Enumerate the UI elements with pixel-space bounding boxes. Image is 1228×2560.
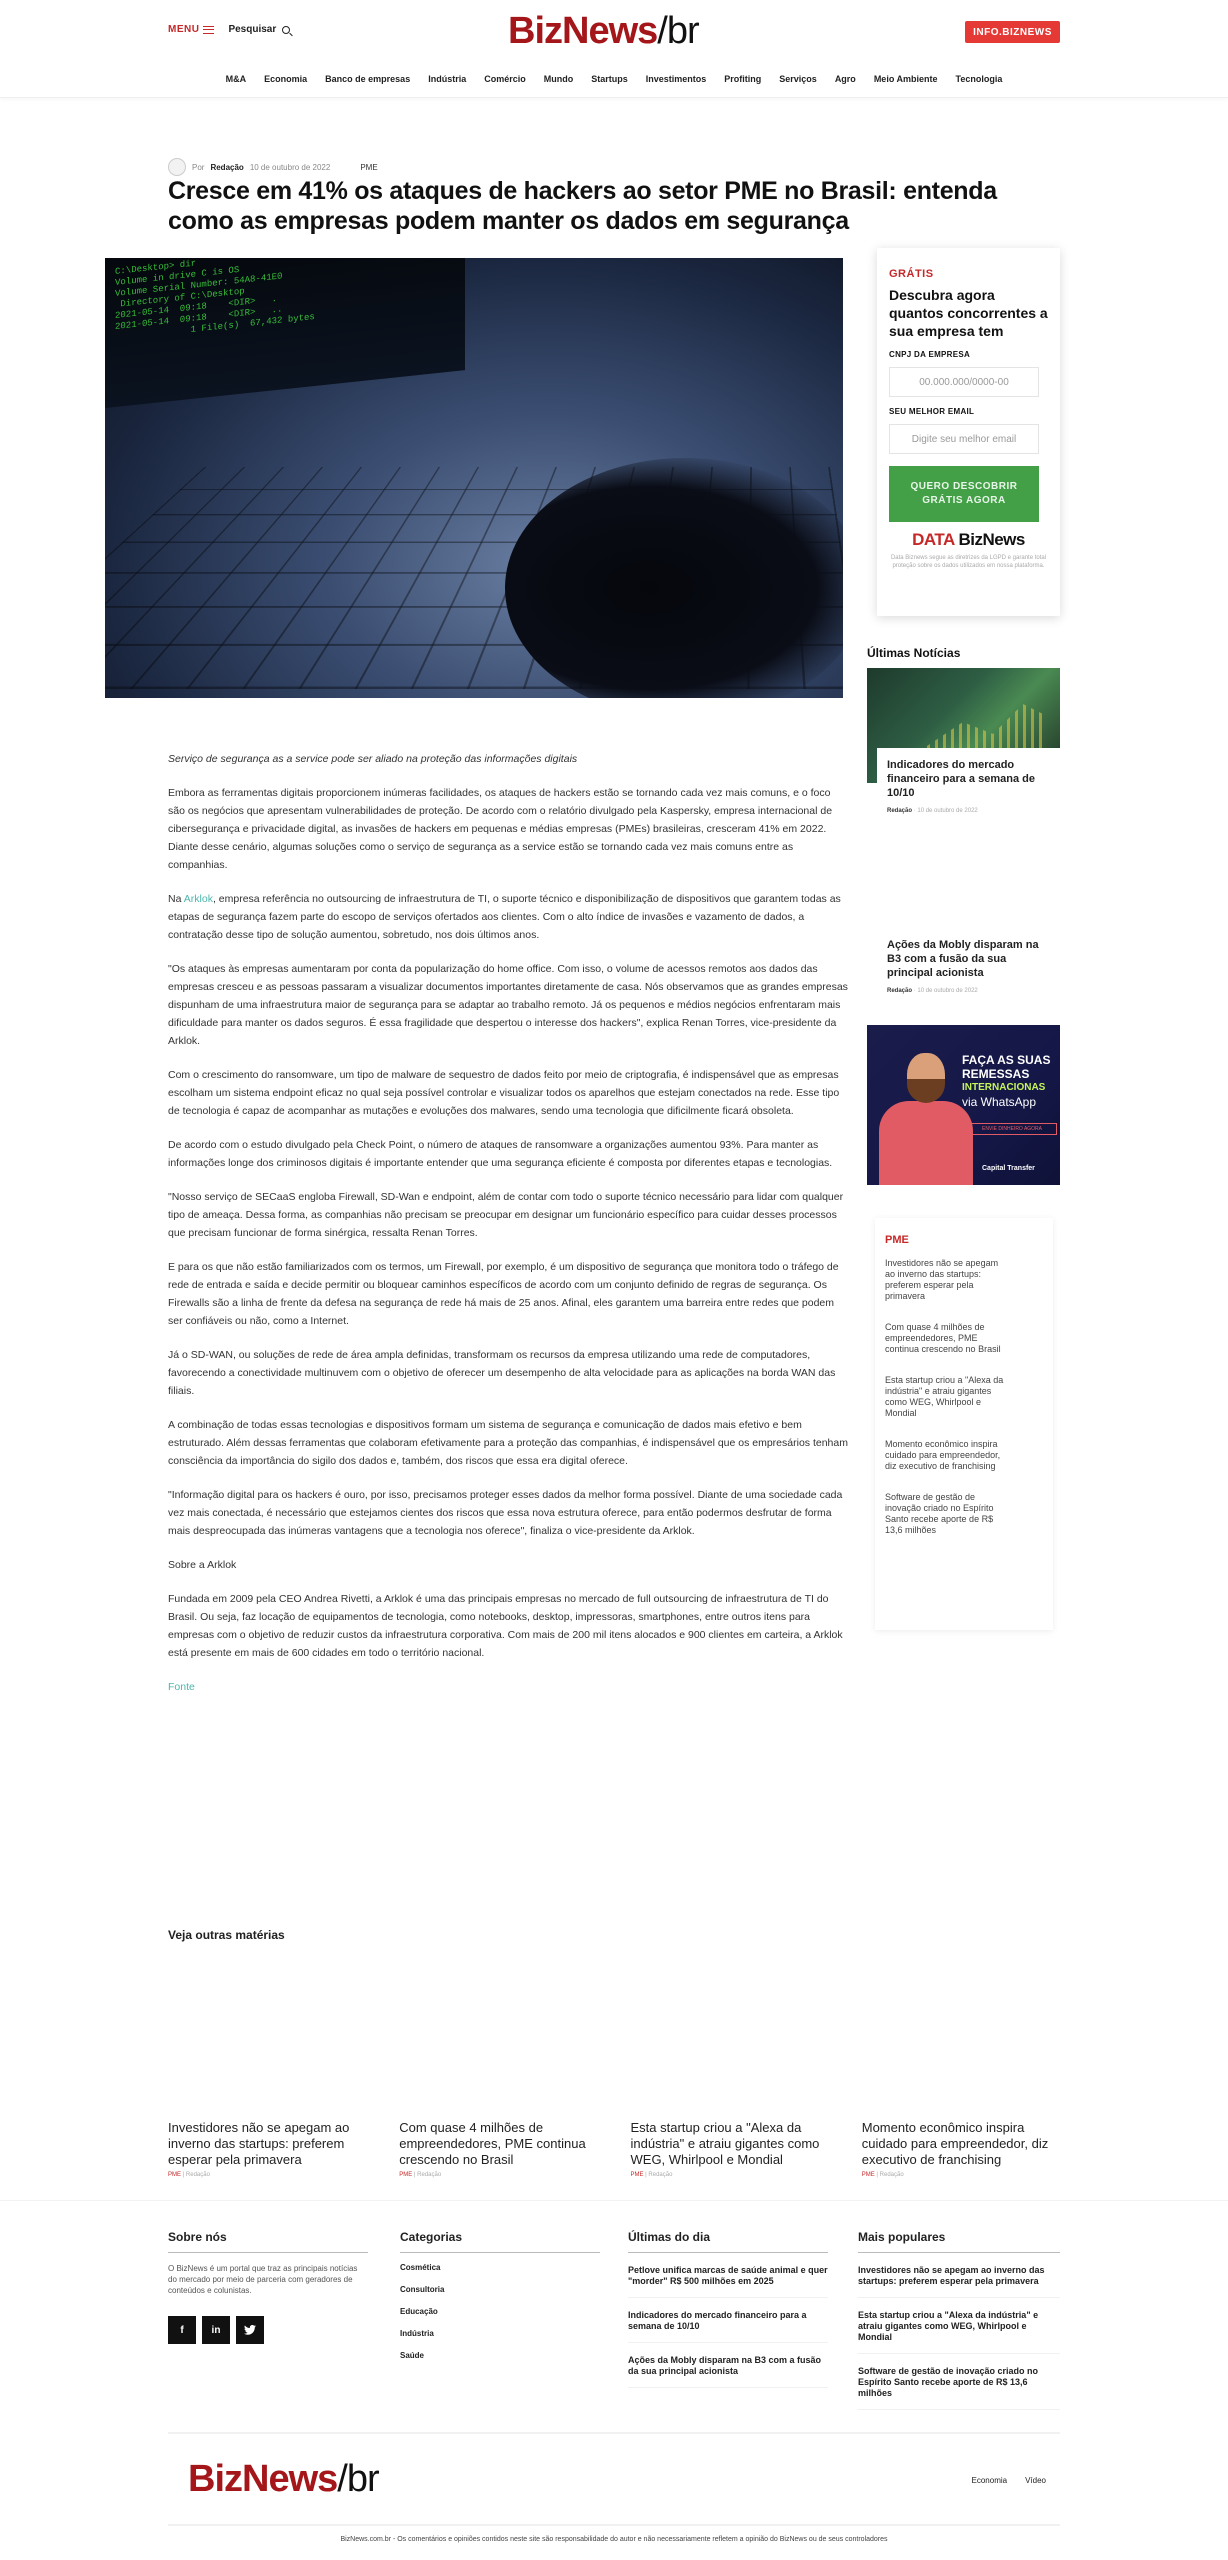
latest-news-date: 10 de outubro de 2022 (917, 988, 977, 994)
related-title[interactable]: Esta startup criou a "Alexa da indústria… (631, 2120, 832, 2168)
paragraph: "Informação digital para os hackers é ou… (168, 1486, 848, 1540)
related-category[interactable]: PME (168, 2172, 181, 2178)
submit-button[interactable]: QUERO DESCOBRIR GRÁTIS AGORA (889, 466, 1039, 522)
cnpj-label: CNPJ DA EMPRESA (889, 350, 1048, 359)
paragraph: "Nosso serviço de SECaaS engloba Firewal… (168, 1188, 848, 1242)
nav-item-mundo[interactable]: Mundo (535, 74, 583, 84)
ad-line4: via WhatsApp (962, 1095, 1050, 1109)
arklok-link[interactable]: Arklok (184, 893, 213, 905)
paragraph: Na Arklok, empresa referência no outsour… (168, 890, 848, 944)
about-text: O BizNews é um portal que traz as princi… (168, 2263, 368, 2296)
nav-item-profiting[interactable]: Profiting (715, 74, 770, 84)
by-label: Por (192, 163, 204, 172)
popular-link[interactable]: Investidores não se apegam ao inverno da… (858, 2265, 1060, 2298)
site-logo[interactable]: BizNews/br (508, 10, 699, 53)
nav-item-economia[interactable]: Economia (255, 74, 316, 84)
free-tag: GRÁTIS (889, 268, 1048, 280)
lead-form-card: GRÁTIS Descubra agora quantos concorrent… (877, 248, 1060, 616)
related-category[interactable]: PME (862, 2172, 875, 2178)
author-link[interactable]: Redação (210, 163, 243, 172)
menu-label: MENU (168, 24, 199, 35)
pme-item[interactable]: Esta startup criou a "Alexa da indústria… (885, 1375, 1005, 1419)
footer-heading: Categorias (400, 2230, 600, 2253)
logo-data: DATA (912, 530, 954, 549)
article-meta: Por Redação 10 de outubro de 2022 PME (168, 158, 378, 176)
category-link[interactable]: Educação (400, 2307, 600, 2316)
footer-bottom: BizNews/br Economia Vídeo (168, 2432, 1060, 2526)
logo-biz: BizNews (508, 10, 657, 52)
facebook-icon[interactable]: f (168, 2316, 196, 2344)
form-title: Descubra agora quantos concorrentes a su… (889, 286, 1048, 340)
ad-line1: FAÇA AS SUAS (962, 1053, 1050, 1067)
copyright-text: BizNews.com.br - Os comentários e opiniõ… (0, 2536, 1228, 2543)
email-input[interactable]: Digite seu melhor email (889, 424, 1039, 454)
hero-image-hacker-laptop: C:\Desktop> dir Volume in drive C is OS … (105, 258, 843, 698)
daily-link[interactable]: Ações da Mobly disparam na B3 com a fusã… (628, 2355, 828, 2388)
pme-item[interactable]: Com quase 4 milhões de empreendedores, P… (885, 1322, 1005, 1355)
related-author: Redação (648, 2172, 672, 2178)
terminal-code: C:\Desktop> dir Volume in drive C is OS … (115, 258, 315, 344)
related-item[interactable]: Investidores não se apegam ao inverno da… (168, 2120, 369, 2178)
daily-link[interactable]: Indicadores do mercado financeiro para a… (628, 2310, 828, 2343)
laptop-screen: C:\Desktop> dir Volume in drive C is OS … (105, 258, 465, 408)
pme-item[interactable]: Software de gestão de inovação criado no… (885, 1492, 1005, 1536)
lgpd-note: Data Biznews segue as diretrizes da LGPD… (889, 554, 1048, 570)
paragraph-text: , empresa referência no outsourcing de i… (168, 893, 841, 941)
site-header: MENU Pesquisar BizNews/br INFO.BIZNEWS M… (0, 0, 1228, 98)
ad-person-illustration (879, 1053, 969, 1185)
footer-about: Sobre nós O BizNews é um portal que traz… (168, 2230, 368, 2344)
article-date: 10 de outubro de 2022 (250, 163, 331, 172)
source-link[interactable]: Fonte (168, 1681, 195, 1693)
footer-heading: Sobre nós (168, 2230, 368, 2253)
capital-transfer-ad[interactable]: FAÇA AS SUAS REMESSAS INTERNACIONAS via … (867, 1025, 1060, 1185)
category-link[interactable]: Indústria (400, 2329, 600, 2338)
email-label: SEU MELHOR EMAIL (889, 407, 1048, 416)
paragraph: Fundada em 2009 pela CEO Andrea Rivetti,… (168, 1590, 848, 1662)
image-caption: Serviço de segurança as a service pode s… (168, 750, 848, 768)
latest-news-item[interactable]: Ações da Mobly disparam na B3 com a fusã… (877, 928, 1060, 994)
nav-item-investimentos[interactable]: Investimentos (637, 74, 716, 84)
social-links: f in (168, 2316, 368, 2344)
nav-item-servicos[interactable]: Serviços (770, 74, 826, 84)
latest-news-heading: Últimas Notícias (867, 646, 960, 660)
footer-heading: Mais populares (858, 2230, 1060, 2253)
pme-item[interactable]: Investidores não se apegam ao inverno da… (885, 1258, 1005, 1302)
ad-brand: Capital Transfer (982, 1165, 1035, 1172)
search-button[interactable]: Pesquisar (228, 24, 290, 35)
footer-daily: Últimas do dia Petlove unifica marcas de… (628, 2230, 828, 2388)
footer-logo[interactable]: BizNews/br (188, 2458, 379, 2501)
category-link[interactable]: Saúde (400, 2351, 600, 2360)
related-item[interactable]: Com quase 4 milhões de empreendedores, P… (399, 2120, 600, 2178)
footer-link-video[interactable]: Vídeo (1025, 2476, 1046, 2485)
paragraph: Com o crescimento do ransomware, um tipo… (168, 1066, 848, 1120)
latest-news-author: Redação (887, 988, 912, 994)
popular-link[interactable]: Esta startup criou a "Alexa da indústria… (858, 2310, 1060, 2354)
search-icon (282, 26, 290, 34)
related-category[interactable]: PME (399, 2172, 412, 2178)
related-meta: PME | Redação (862, 2172, 1063, 2178)
paragraph: A combinação de todas essas tecnologias … (168, 1416, 848, 1470)
footer-links: Economia Vídeo (972, 2476, 1046, 2485)
related-title[interactable]: Momento econômico inspira cuidado para e… (862, 2120, 1063, 2168)
header-left: MENU Pesquisar (168, 24, 290, 35)
daily-link[interactable]: Petlove unifica marcas de saúde animal e… (628, 2265, 828, 2298)
paragraph: "Os ataques às empresas aumentaram por c… (168, 960, 848, 1050)
author-avatar (168, 158, 186, 176)
related-meta: PME | Redação (399, 2172, 600, 2178)
ad-line2: REMESSAS (962, 1067, 1050, 1081)
ad-line3: INTERNACIONAS (962, 1081, 1050, 1095)
nav-item-banco-de-empresas[interactable]: Banco de empresas (316, 74, 419, 84)
pme-heading: PME (885, 1234, 1043, 1246)
ad-text: FAÇA AS SUAS REMESSAS INTERNACIONAS via … (962, 1053, 1050, 1109)
paragraph: Embora as ferramentas digitais proporcio… (168, 784, 848, 874)
latest-news-meta: Redação · 10 de outubro de 2022 (887, 988, 1050, 994)
logo-biznews: BizNews (958, 530, 1024, 549)
latest-news-meta: Redação · 10 de outubro de 2022 (887, 808, 1050, 814)
nav-item-tecnologia[interactable]: Tecnologia (947, 74, 1012, 84)
latest-news-title[interactable]: Indicadores do mercado financeiro para a… (887, 758, 1050, 800)
nav-item-startups[interactable]: Startups (582, 74, 637, 84)
related-author: Redação (880, 2172, 904, 2178)
related-item[interactable]: Momento econômico inspira cuidado para e… (862, 2120, 1063, 2178)
pme-item[interactable]: Momento econômico inspira cuidado para e… (885, 1439, 1005, 1472)
nav-item-industria[interactable]: Indústria (419, 74, 475, 84)
paragraph-text: Na (168, 893, 184, 905)
article-body: Serviço de segurança as a service pode s… (168, 750, 848, 1712)
hamburger-icon (203, 26, 214, 34)
search-label: Pesquisar (228, 24, 276, 35)
latest-news-author: Redação (887, 808, 912, 814)
related-category[interactable]: PME (631, 2172, 644, 2178)
paragraph-subheading: Sobre a Arklok (168, 1556, 848, 1574)
category-link[interactable]: PME (360, 163, 377, 172)
ad-shirt (879, 1101, 973, 1185)
menu-button[interactable]: MENU (168, 24, 214, 35)
category-link[interactable]: Cosmética (400, 2263, 600, 2272)
ad-cta[interactable]: ENVIE DINHEIRO AGORA (967, 1123, 1057, 1135)
paragraph: De acordo com o estudo divulgado pela Ch… (168, 1136, 848, 1172)
pme-widget: PME Investidores não se apegam ao invern… (875, 1218, 1053, 1630)
category-link[interactable]: Consultoria (400, 2285, 600, 2294)
related-title[interactable]: Com quase 4 milhões de empreendedores, P… (399, 2120, 600, 2168)
paragraph: E para os que não estão familiarizados c… (168, 1258, 848, 1330)
logo-br: /br (337, 2458, 378, 2500)
nav-item-agro[interactable]: Agro (826, 74, 865, 84)
related-title[interactable]: Investidores não se apegam ao inverno da… (168, 2120, 369, 2168)
nav-item-ma[interactable]: M&A (217, 74, 256, 84)
ad-beard (907, 1079, 945, 1103)
latest-news-title[interactable]: Ações da Mobly disparam na B3 com a fusã… (887, 938, 1050, 980)
latest-news-item[interactable]: Indicadores do mercado financeiro para a… (877, 748, 1060, 814)
footer-link-economia[interactable]: Economia (972, 2476, 1008, 2485)
related-author: Redação (186, 2172, 210, 2178)
related-item[interactable]: Esta startup criou a "Alexa da indústria… (631, 2120, 832, 2178)
logo-br: /br (657, 10, 698, 52)
main-nav: M&A Economia Banco de empresas Indústria… (0, 74, 1228, 84)
related-meta: PME | Redação (631, 2172, 832, 2178)
logo-biz: BizNews (188, 2458, 337, 2500)
related-author: Redação (417, 2172, 441, 2178)
cnpj-input[interactable]: 00.000.000/0000-00 (889, 367, 1039, 397)
popular-link[interactable]: Software de gestão de inovação criado no… (858, 2366, 1060, 2410)
nav-item-meio-ambiente[interactable]: Meio Ambiente (865, 74, 947, 84)
footer-categories: Categorias Cosmética Consultoria Educaçã… (400, 2230, 600, 2360)
footer-popular: Mais populares Investidores não se apega… (858, 2230, 1060, 2410)
paragraph: Já o SD-WAN, ou soluções de rede de área… (168, 1346, 848, 1400)
footer-heading: Últimas do dia (628, 2230, 828, 2253)
twitter-icon[interactable] (236, 2316, 264, 2344)
article-title: Cresce em 41% os ataques de hackers ao s… (168, 176, 1048, 236)
related-meta: PME | Redação (168, 2172, 369, 2178)
nav-item-comercio[interactable]: Comércio (475, 74, 535, 84)
related-articles: Investidores não se apegam ao inverno da… (168, 2120, 1063, 2178)
info-biznews-button[interactable]: INFO.BIZNEWS (965, 21, 1060, 43)
latest-news-date: 10 de outubro de 2022 (917, 808, 977, 814)
linkedin-icon[interactable]: in (202, 2316, 230, 2344)
data-biznews-logo: DATA BizNews (889, 530, 1048, 550)
related-heading: Veja outras matérias (168, 1928, 285, 1942)
